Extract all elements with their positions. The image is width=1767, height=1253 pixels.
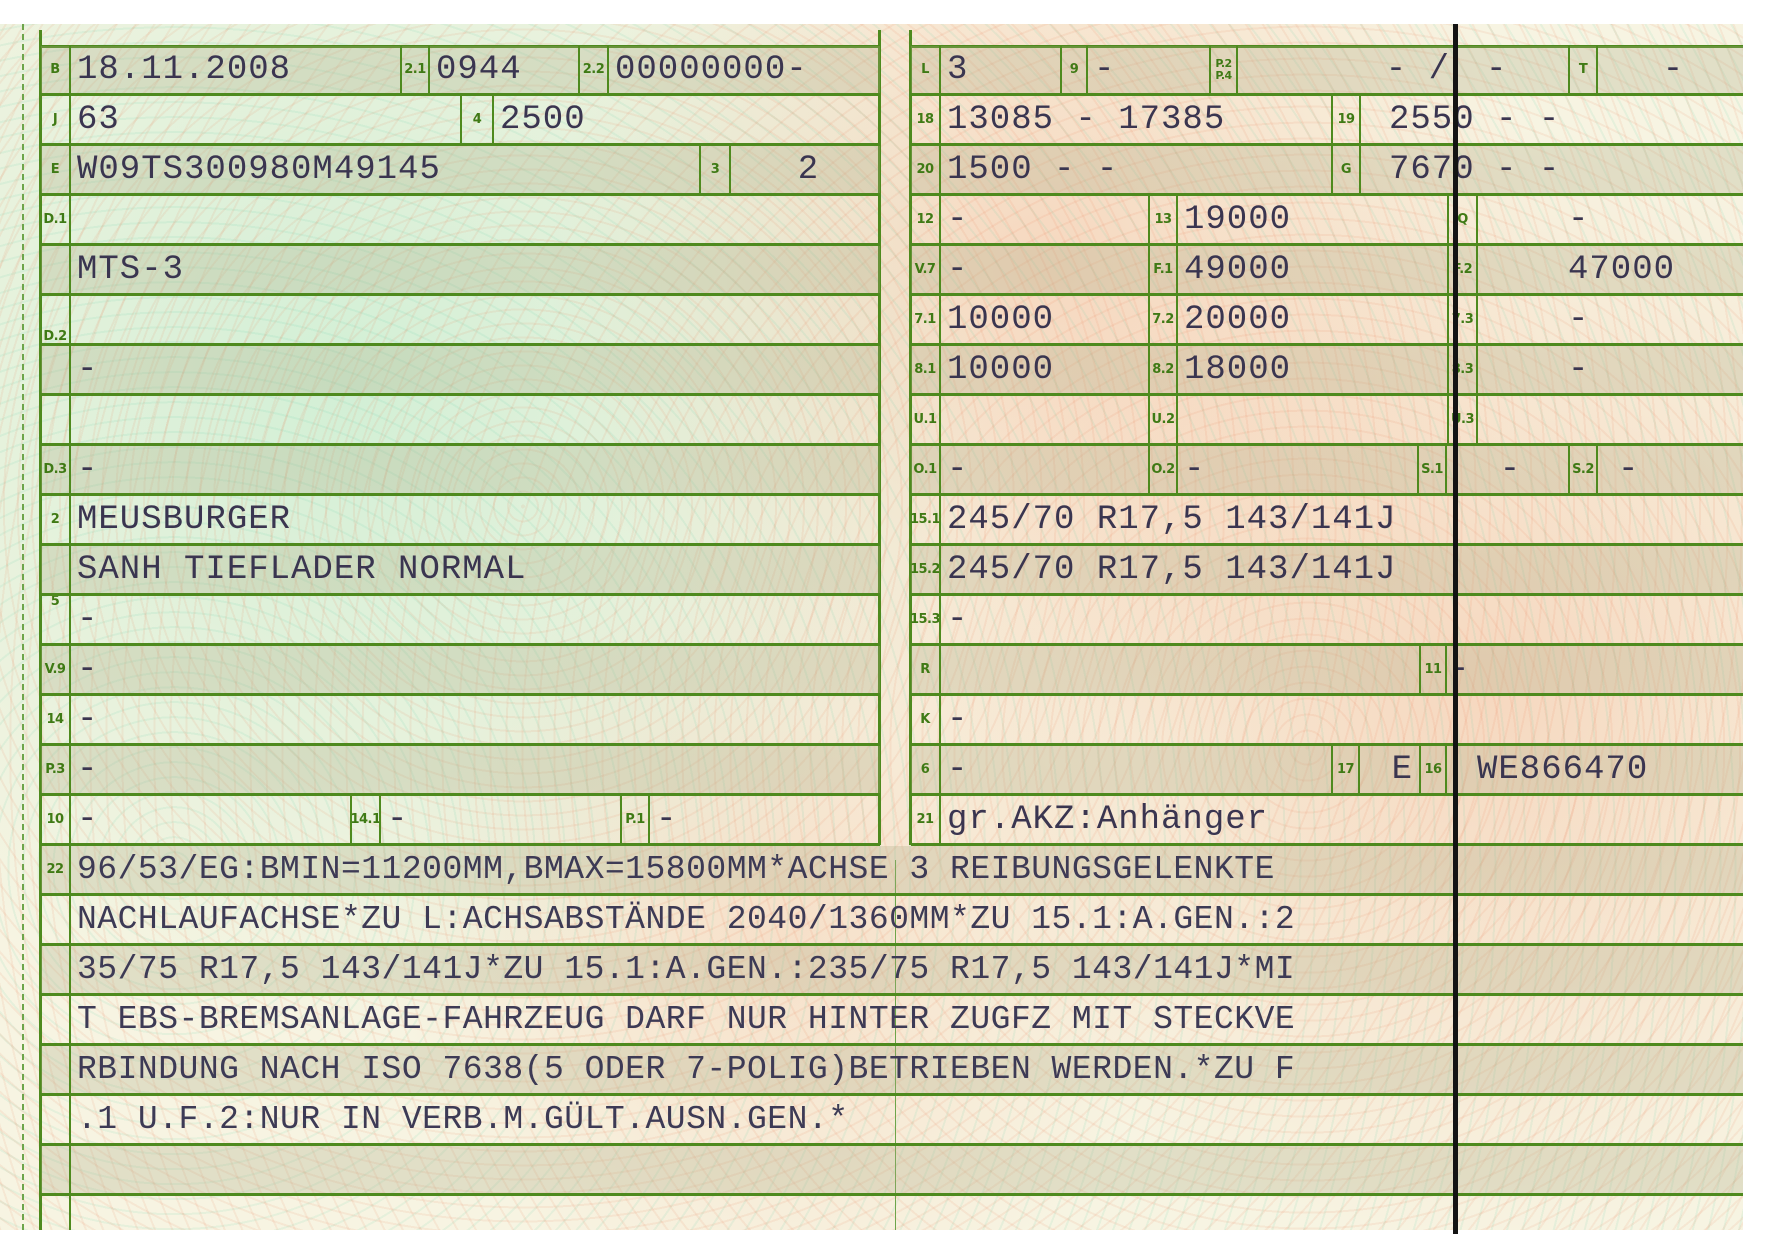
field-P1-displacement: - — [650, 796, 880, 843]
field-label-14: 14 — [41, 696, 71, 743]
remarks-text-line-4: T EBS-BREMSANLAGE-FAHRZEUG DARF NUR HINT… — [71, 996, 1743, 1043]
field-label-20: 20 — [911, 146, 941, 193]
field-8-3-axle-load-3: - — [1478, 346, 1743, 393]
field-label-8-2: 8.2 — [1148, 346, 1178, 393]
field-7-2-axle-load-2: 20000 — [1178, 296, 1447, 343]
field-E-vin: W09TS300980M49145 — [71, 146, 699, 193]
field-label-O1: O.1 — [911, 446, 941, 493]
field-label-11: 11 — [1419, 646, 1447, 693]
remarks-label-column-border — [69, 896, 71, 1230]
field-2-manufacturer: MEUSBURGER — [71, 496, 880, 543]
field-F2-max-mass-permitted: 47000 — [1478, 246, 1743, 293]
field-label-U2: U.2 — [1148, 396, 1178, 443]
field-D2-line-2 — [71, 296, 880, 343]
field-R-color — [941, 646, 1419, 693]
field-label-V9: V.9 — [41, 646, 71, 693]
field-U2-rpm — [1178, 396, 1447, 443]
field-label-19: 19 — [1331, 96, 1361, 143]
field-label-7-3: 7.3 — [1447, 296, 1478, 343]
field-P4-rpm: - — [1458, 46, 1568, 93]
field-2-1-manufacturer-code: 0944 — [430, 46, 578, 93]
field-5-line-2: - — [71, 596, 880, 643]
remarks-line-3: 35/75 R17,5 143/141J*ZU 15.1:A.GEN.:235/… — [41, 946, 1743, 996]
field-label-7-1: 7.1 — [911, 296, 941, 343]
row-5-line-2: 5 - — [41, 596, 880, 646]
field-P2-power: - / — [1238, 46, 1458, 93]
field-label-U3: U.3 — [1447, 396, 1478, 443]
field-V7-co2: - — [941, 246, 1148, 293]
field-8-2-axle-load-2: 18000 — [1178, 346, 1447, 393]
remarks-line-6: .1 U.F.2:NUR IN VERB.M.GÜLT.AUSN.GEN.* — [41, 1096, 1743, 1146]
field-7-1-axle-load-1: 10000 — [941, 296, 1148, 343]
field-label-2: 2 — [41, 496, 71, 543]
field-label-G: G — [1331, 146, 1361, 193]
field-J-vehicle-class: 63 — [71, 96, 460, 143]
remarks-text-line-2: NACHLAUFACHSE*ZU L:ACHSABSTÄNDE 2040/136… — [71, 896, 1743, 943]
field-L-axles: 3 — [941, 46, 1060, 93]
field-U1-noise — [941, 396, 1148, 443]
field-B-first-registration: 18.11.2008 — [71, 46, 400, 93]
row-15-3: 15.3 - — [911, 596, 1743, 646]
field-13-support-load: 19000 — [1178, 196, 1447, 243]
row-15-1: 15.1 245/70 R17,5 143/141J — [911, 496, 1743, 546]
remarks-line-7 — [41, 1146, 1743, 1196]
field-18-length: 13085 - 17385 — [941, 96, 1331, 143]
field-label-B: B — [41, 46, 71, 93]
row-2: 2 MEUSBURGER — [41, 496, 880, 546]
field-label-S2: S.2 — [1568, 446, 1598, 493]
row-P3: P.3 - — [41, 746, 880, 796]
row-6: 6 - 17 E 16 WE866470 — [911, 746, 1743, 796]
field-label-21: 21 — [911, 796, 941, 843]
field-label-S1: S.1 — [1417, 446, 1447, 493]
field-7-3-axle-load-3: - — [1478, 296, 1743, 343]
row-15-2: 15.2 245/70 R17,5 143/141J — [911, 546, 1743, 596]
perforation-line — [22, 24, 24, 1230]
field-label-10: 10 — [41, 796, 71, 843]
remarks-line-4: T EBS-BREMSANLAGE-FAHRZEUG DARF NUR HINT… — [41, 996, 1743, 1046]
remarks-text-line-6: .1 U.F.2:NUR IN VERB.M.GÜLT.AUSN.GEN.* — [71, 1096, 1743, 1143]
row-12: 12 - 13 19000 Q - — [911, 196, 1743, 246]
field-label-E: E — [41, 146, 71, 193]
row-21: 21 gr.AKZ:Anhänger — [911, 796, 1743, 846]
field-label-15-3: 15.3 — [911, 596, 941, 643]
field-14-emission-regulation: - — [71, 696, 880, 743]
remarks-text-line-5: RBINDUNG NACH ISO 7638(5 ODER 7-POLIG)BE… — [71, 1046, 1743, 1093]
field-10-value: - — [71, 796, 350, 843]
row-K: K - — [911, 696, 1743, 746]
field-label-15-1: 15.1 — [911, 496, 941, 543]
field-label-Q: Q — [1447, 196, 1478, 243]
field-19-width: 2550 - - — [1361, 96, 1743, 143]
field-17-operating-permit: E — [1360, 746, 1419, 793]
remarks-line-5: RBINDUNG NACH ISO 7638(5 ODER 7-POLIG)BE… — [41, 1046, 1743, 1096]
field-label-P2-P4: P.2 P.4 — [1209, 46, 1238, 93]
field-label-12: 12 — [911, 196, 941, 243]
field-label-K: K — [911, 696, 941, 743]
row-B: B 18.11.2008 2.1 0944 2.2 00000000- — [41, 46, 880, 96]
field-15-1-tires-axle-1: 245/70 R17,5 143/141J — [941, 496, 1743, 543]
field-O1-braked-trailer: - — [941, 446, 1148, 493]
field-label-D2: D.2 — [41, 296, 71, 343]
field-label-V7: V.7 — [911, 246, 941, 293]
row-J: J 63 4 2500 — [41, 96, 880, 146]
field-8-1-axle-load-1: 10000 — [941, 346, 1148, 393]
scan-fold-line — [1453, 24, 1458, 1234]
field-4-body-type: 2500 — [494, 96, 880, 143]
field-3-check-digit: 2 — [731, 146, 880, 193]
field-label-P3: P.3 — [41, 746, 71, 793]
row-O1: O.1 - O.2 - S.1 - S.2 - — [911, 446, 1743, 496]
row-D2-line-3: - — [41, 346, 880, 396]
field-K-type-approval: - — [941, 696, 1743, 743]
field-label-22: 22 — [41, 846, 71, 893]
field-label-13: 13 — [1148, 196, 1178, 243]
field-label-2-1: 2.1 — [400, 46, 430, 93]
row-D3: D.3 - — [41, 446, 880, 496]
field-label-D3: D.3 — [41, 446, 71, 493]
row-7-1: 7.1 10000 7.2 20000 7.3 - — [911, 296, 1743, 346]
remarks-text-line-3: 35/75 R17,5 143/141J*ZU 15.1:A.GEN.:235/… — [71, 946, 1743, 993]
field-G-empty-mass: 7670 - - — [1361, 146, 1743, 193]
field-O2-unbraked-trailer: - — [1178, 446, 1417, 493]
field-label-8-3: 8.3 — [1447, 346, 1478, 393]
field-U3-drive-noise — [1478, 396, 1743, 443]
row-5-line-1: SANH TIEFLADER NORMAL — [41, 546, 880, 596]
field-label-15-2: 15.2 — [911, 546, 941, 593]
field-label-R: R — [911, 646, 941, 693]
field-S2-standing: - — [1598, 446, 1743, 493]
field-label-P1: P.1 — [620, 796, 650, 843]
field-2-2-type-code: 00000000- — [609, 46, 880, 93]
field-5-line-1: SANH TIEFLADER NORMAL — [71, 546, 880, 593]
field-label-U1: U.1 — [911, 396, 941, 443]
field-label-9: 9 — [1060, 46, 1088, 93]
field-S1-seats: - — [1447, 446, 1568, 493]
row-10: 10 - 14.1 - P.1 - — [41, 796, 880, 846]
row-L: L 3 9 - P.2 P.4 - / - T - — [911, 46, 1743, 96]
row-D2-line-1: MTS-3 — [41, 246, 880, 296]
field-11-color-code: - — [1447, 646, 1743, 693]
remarks-line-2: NACHLAUFACHSE*ZU L:ACHSABSTÄNDE 2040/136… — [41, 896, 1743, 946]
field-label-14-1: 14.1 — [350, 796, 381, 843]
row-8-1: 8.1 10000 8.2 18000 8.3 - — [911, 346, 1743, 396]
row-D2-line-4 — [41, 396, 880, 446]
field-14-1-value: - — [381, 796, 620, 843]
field-label-5: 5 — [41, 596, 71, 643]
field-label-T: T — [1568, 46, 1598, 93]
field-16-certificate-number: WE866470 — [1447, 746, 1743, 793]
field-label-17: 17 — [1331, 746, 1360, 793]
field-12-tank-volume: - — [941, 196, 1148, 243]
row-18: 18 13085 - 17385 19 2550 - - — [911, 96, 1743, 146]
field-D3-model: - — [71, 446, 880, 493]
field-Q-power-weight: - — [1478, 196, 1743, 243]
field-label-D1: D.1 — [41, 196, 71, 243]
field-T-max-speed: - — [1598, 46, 1743, 93]
row-20: 20 1500 - - G 7670 - - — [911, 146, 1743, 196]
row-E: E W09TS300980M49145 3 2 — [41, 146, 880, 196]
field-label-F2: F.2 — [1447, 246, 1478, 293]
row-U1: U.1 U.2 U.3 — [911, 396, 1743, 446]
field-D1-make — [71, 196, 880, 243]
field-label-7-2: 7.2 — [1148, 296, 1178, 343]
field-label-F1: F.1 — [1148, 246, 1178, 293]
field-21-notes: gr.AKZ:Anhänger — [941, 796, 1743, 843]
field-label-L: L — [911, 46, 941, 93]
field-9-driven-axles: - — [1088, 46, 1209, 93]
field-D2-line-4 — [71, 396, 880, 443]
row-14: 14 - — [41, 696, 880, 746]
remarks-text-line-7 — [71, 1146, 1743, 1193]
field-label-8-1: 8.1 — [911, 346, 941, 393]
field-F1-max-mass-technical: 49000 — [1178, 246, 1447, 293]
field-label-6: 6 — [911, 746, 941, 793]
field-label-4: 4 — [460, 96, 494, 143]
field-15-3-tires-axle-3: - — [941, 596, 1743, 643]
field-6-approval-date: - — [941, 746, 1331, 793]
row-V9: V.9 - — [41, 646, 880, 696]
field-20-height: 1500 - - — [941, 146, 1331, 193]
row-D2-line-2: D.2 — [41, 296, 880, 346]
field-label-3: 3 — [699, 146, 731, 193]
field-label-O2: O.2 — [1148, 446, 1178, 493]
field-label-18: 18 — [911, 96, 941, 143]
field-label-2-2: 2.2 — [578, 46, 609, 93]
field-label-J: J — [41, 96, 71, 143]
field-D2-line-1: MTS-3 — [71, 246, 880, 293]
row-D1: D.1 — [41, 196, 880, 246]
row-R: R 11 - — [911, 646, 1743, 696]
remarks-text-line-1: 96/53/EG:BMIN=11200MM,BMAX=15800MM*ACHSE… — [71, 846, 1743, 893]
remarks-line-1: 22 96/53/EG:BMIN=11200MM,BMAX=15800MM*AC… — [41, 846, 1743, 896]
field-V9-emission-class: - — [71, 646, 880, 693]
field-D2-line-3: - — [71, 346, 880, 393]
field-15-2-tires-axle-2: 245/70 R17,5 143/141J — [941, 546, 1743, 593]
field-P3-fuel-type: - — [71, 746, 880, 793]
field-label-16: 16 — [1419, 746, 1447, 793]
row-V7: V.7 - F.1 49000 F.2 47000 — [911, 246, 1743, 296]
